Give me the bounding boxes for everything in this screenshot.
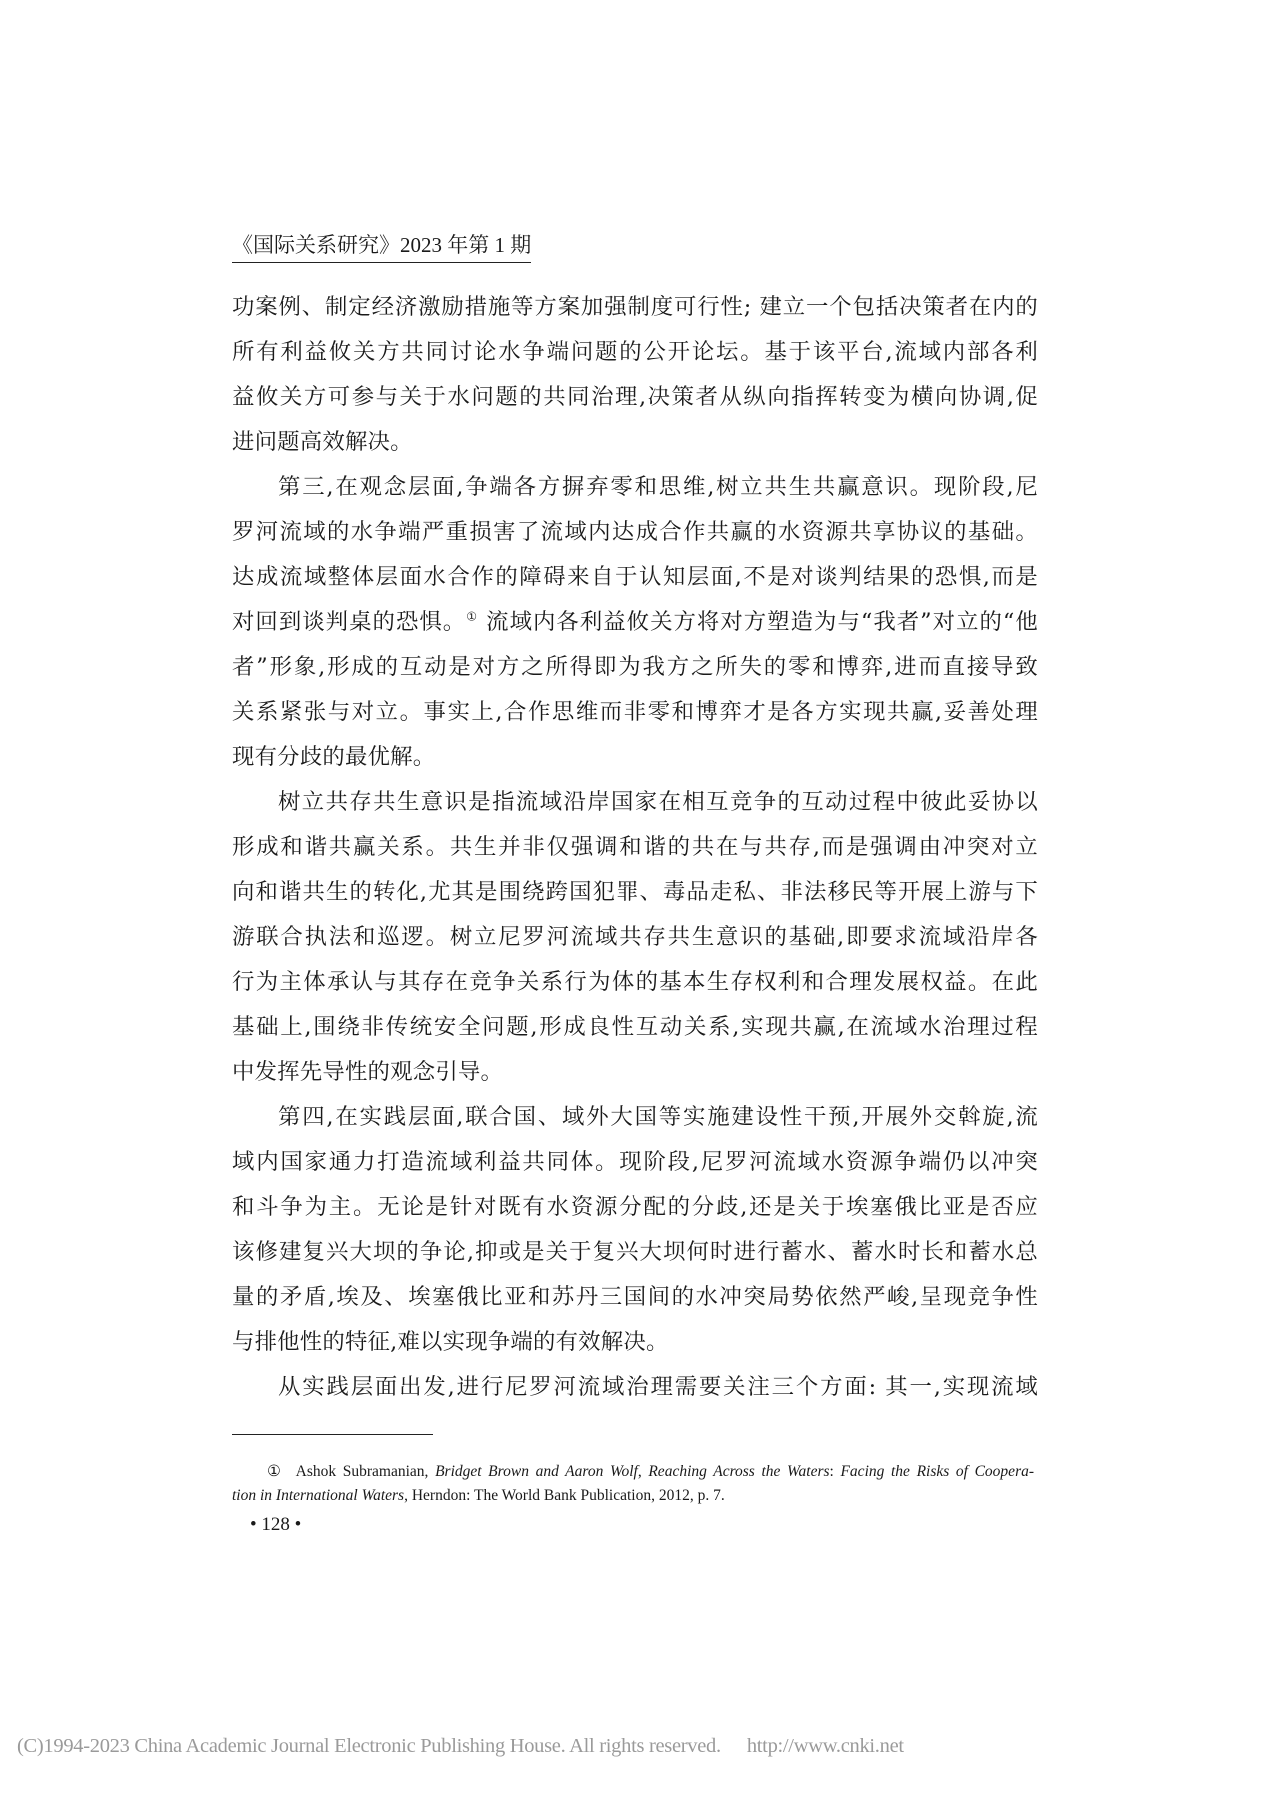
text-line: 第四,在实践层面,联合国、域外大国等实施建设性干预,开展外交斡旋,流 [232, 1095, 1038, 1140]
copyright-footer: (C)1994-2023 China Academic Journal Elec… [17, 1735, 904, 1758]
footnote-title: Reaching Across the Waters [648, 1463, 829, 1480]
text-segment: 对回到谈判桌的恐惧。 [232, 609, 466, 635]
text-line: 和斗争为主。无论是针对既有水资源分配的分歧,还是关于埃塞俄比亚是否应 [232, 1185, 1038, 1230]
footnote-publisher: , Herndon: The World Bank Publication, 2… [404, 1487, 725, 1504]
footnote-subtitle: Facing the Risks of Coopera- [840, 1463, 1034, 1480]
footnote-line: tion in International Waters, Herndon: T… [232, 1484, 1034, 1508]
footnote-separator: : [830, 1463, 841, 1480]
paragraph-1: 功案例、制定经济激励措施等方案加强制度可行性; 建立一个包括决策者在内的 所有利… [232, 285, 1038, 465]
paragraph-5: 从实践层面出发,进行尼罗河流域治理需要关注三个方面: 其一,实现流域 [232, 1365, 1038, 1410]
text-line: 功案例、制定经济激励措施等方案加强制度可行性; 建立一个包括决策者在内的 [232, 285, 1038, 330]
text-line: 益攸关方可参与关于水问题的共同治理,决策者从纵向指挥转变为横向协调,促 [232, 375, 1038, 420]
footnote-line: ①Ashok Subramanian, Bridget Brown and Aa… [232, 1460, 1034, 1484]
text-line: 罗河流域的水争端严重损害了流域内达成合作共赢的水资源共享协议的基础。 [232, 510, 1038, 555]
text-line: 域内国家通力打造流域利益共同体。现阶段,尼罗河流域水资源争端仍以冲突 [232, 1140, 1038, 1185]
text-line: 关系紧张与对立。事实上,合作思维而非零和博弈才是各方实现共赢,妥善处理 [232, 690, 1038, 735]
text-line: 第三,在观念层面,争端各方摒弃零和思维,树立共生共赢意识。现阶段,尼 [232, 465, 1038, 510]
text-segment: 流域内各利益攸关方将对方塑造为与“我者”对立的“他 [478, 609, 1038, 635]
footnote-coauthors: Bridget Brown and Aaron Wolf [435, 1463, 638, 1480]
text-line: 与排他性的特征,难以实现争端的有效解决。 [232, 1320, 1038, 1365]
text-line: 向和谐共生的转化,尤其是围绕跨国犯罪、毒品走私、非法移民等开展上游与下 [232, 870, 1038, 915]
paragraph-3: 树立共存共生意识是指流域沿岸国家在相互竞争的互动过程中彼此妥协以 形成和谐共赢关… [232, 780, 1038, 1095]
paragraph-4: 第四,在实践层面,联合国、域外大国等实施建设性干预,开展外交斡旋,流 域内国家通… [232, 1095, 1038, 1365]
footnote-divider [232, 1434, 433, 1435]
cnki-link[interactable]: http://www.cnki.net [747, 1735, 904, 1757]
text-line: 者”形象,形成的互动是对方之所得即为我方之所失的零和博弈,进而直接导致 [232, 645, 1038, 690]
text-line: 进问题高效解决。 [232, 420, 1038, 465]
footnote-subtitle-cont: tion in International Waters [232, 1487, 404, 1504]
copyright-text: (C)1994-2023 China Academic Journal Elec… [17, 1735, 721, 1757]
text-line: 游联合执法和巡逻。树立尼罗河流域共存共生意识的基础,即要求流域沿岸各 [232, 915, 1038, 960]
footnote-separator: , [638, 1463, 649, 1480]
text-line: 从实践层面出发,进行尼罗河流域治理需要关注三个方面: 其一,实现流域 [232, 1365, 1038, 1410]
footnote: ①Ashok Subramanian, Bridget Brown and Aa… [232, 1460, 1034, 1508]
text-line: 对回到谈判桌的恐惧。① 流域内各利益攸关方将对方塑造为与“我者”对立的“他 [232, 600, 1038, 645]
page-number: • 128 • [250, 1514, 301, 1536]
text-line: 所有利益攸关方共同讨论水争端问题的公开论坛。基于该平台,流域内部各利 [232, 330, 1038, 375]
journal-header: 《国际关系研究》2023 年第 1 期 [232, 232, 531, 263]
text-line: 该修建复兴大坝的争论,抑或是关于复兴大坝何时进行蓄水、蓄水时长和蓄水总 [232, 1230, 1038, 1275]
paragraph-2: 第三,在观念层面,争端各方摒弃零和思维,树立共生共赢意识。现阶段,尼 罗河流域的… [232, 465, 1038, 780]
footnote-marker: ① [267, 1463, 284, 1480]
text-line: 行为主体承认与其存在竞争关系行为体的基本生存权利和合理发展权益。在此 [232, 960, 1038, 1005]
text-line: 树立共存共生意识是指流域沿岸国家在相互竞争的互动过程中彼此妥协以 [232, 780, 1038, 825]
footnote-separator: , [425, 1463, 436, 1480]
text-line: 达成流域整体层面水合作的障碍来自于认知层面,不是对谈判结果的恐惧,而是 [232, 555, 1038, 600]
text-line: 基础上,围绕非传统安全问题,形成良性互动关系,实现共赢,在流域水治理过程 [232, 1005, 1038, 1050]
text-line: 量的矛盾,埃及、埃塞俄比亚和苏丹三国间的水冲突局势依然严峻,呈现竞争性 [232, 1275, 1038, 1320]
text-line: 现有分歧的最优解。 [232, 735, 1038, 780]
footnote-ref[interactable]: ① [466, 610, 478, 624]
text-line: 中发挥先导性的观念引导。 [232, 1050, 1038, 1095]
text-line: 形成和谐共赢关系。共生并非仅强调和谐的共在与共存,而是强调由冲突对立 [232, 825, 1038, 870]
footnote-author: Ashok Subramanian [296, 1463, 425, 1480]
article-body: 功案例、制定经济激励措施等方案加强制度可行性; 建立一个包括决策者在内的 所有利… [232, 285, 1038, 1410]
